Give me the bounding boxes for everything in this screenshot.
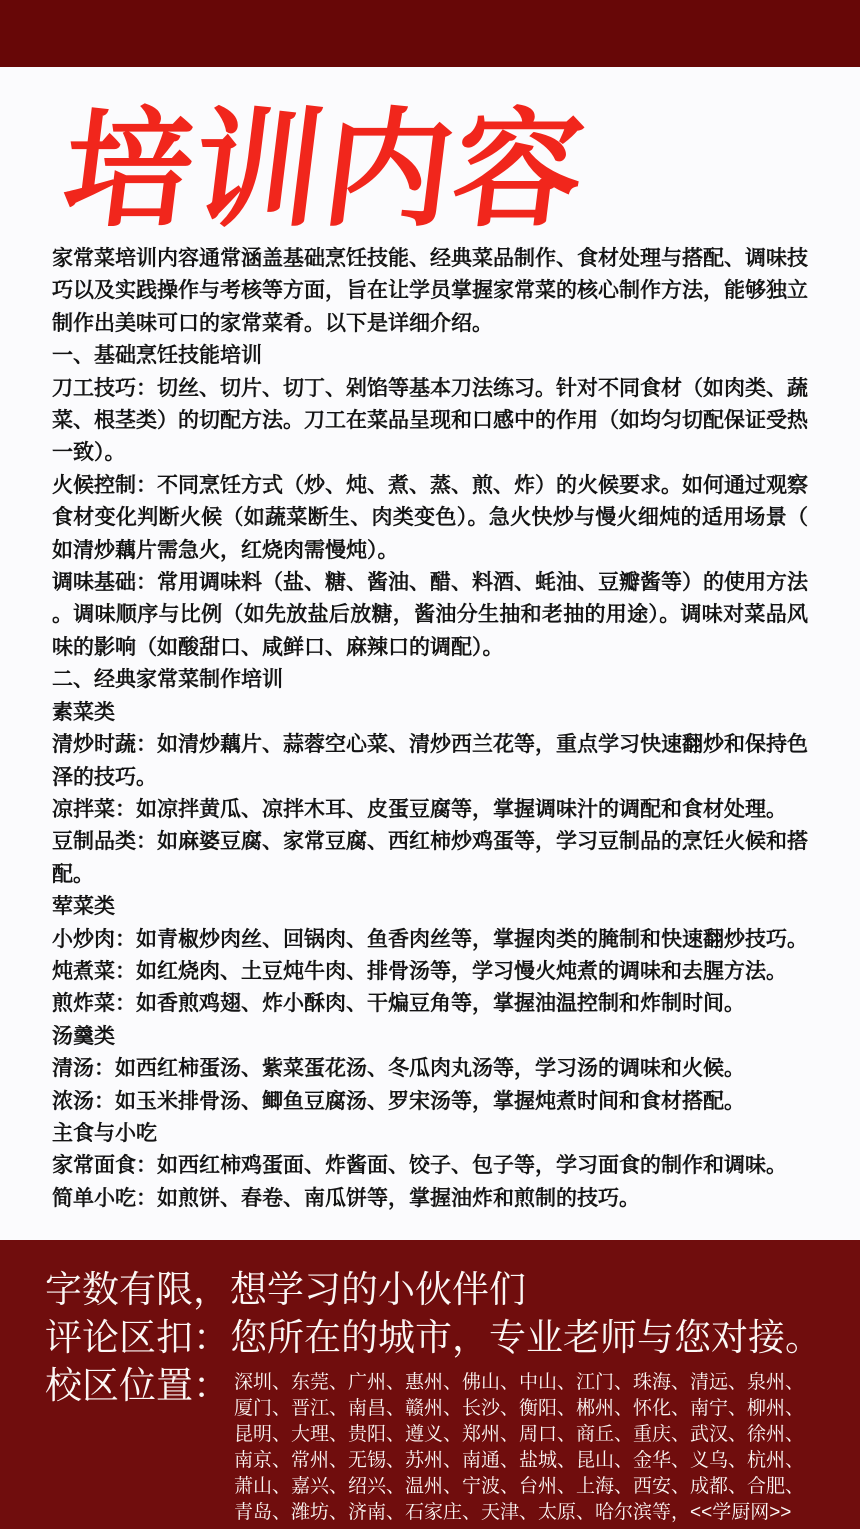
paragraph: 火候控制：不同烹饪方式（炒、炖、煮、蒸、煎、炸）的火候要求。如何通过观察食材变化… xyxy=(52,470,808,567)
city-line: 青岛、潍坊、济南、石家庄、天津、太原、哈尔滨等，<<学厨网>> xyxy=(234,1500,834,1526)
paragraph: 家常面食：如西红柿鸡蛋面、炸酱面、饺子、包子等，学习面食的制作和调味。 xyxy=(52,1150,808,1182)
paragraph: 豆制品类：如麻婆豆腐、家常豆腐、西红柿炒鸡蛋等，学习豆制品的烹饪火候和搭配。 xyxy=(52,826,808,891)
training-content-article: 家常菜培训内容通常涵盖基础烹饪技能、经典菜品制作、食材处理与搭配、调味技巧以及实… xyxy=(52,243,808,1215)
footer-note-line: 字数有限，想学习的小伙伴们 xyxy=(45,1266,860,1314)
paragraph: 凉拌菜：如凉拌黄瓜、凉拌木耳、皮蛋豆腐等，掌握调味汁的调配和食材处理。 xyxy=(52,794,808,826)
paragraph: 主食与小吃 xyxy=(52,1118,808,1150)
training-poster: 培训内容 家常菜培训内容通常涵盖基础烹饪技能、经典菜品制作、食材处理与搭配、调味… xyxy=(0,0,860,1529)
paragraph: 清汤：如西红柿蛋汤、紫菜蛋花汤、冬瓜肉丸汤等，学习汤的调味和火候。 xyxy=(52,1053,808,1085)
campus-row: 校区位置： 深圳、东莞、广州、惠州、佛山、中山、江门、珠海、清远、泉州、厦门、晋… xyxy=(45,1362,860,1526)
paragraph: 家常菜培训内容通常涵盖基础烹饪技能、经典菜品制作、食材处理与搭配、调味技巧以及实… xyxy=(52,243,808,340)
paragraph: 二、经典家常菜制作培训 xyxy=(52,664,808,696)
content-area: 培训内容 家常菜培训内容通常涵盖基础烹饪技能、经典菜品制作、食材处理与搭配、调味… xyxy=(0,67,860,1240)
campus-location-label: 校区位置： xyxy=(45,1362,230,1410)
city-line: 南京、常州、无锡、苏州、南通、盐城、昆山、金华、义乌、杭州、 xyxy=(234,1448,834,1474)
city-line: 深圳、东莞、广州、惠州、佛山、中山、江门、珠海、清远、泉州、 xyxy=(234,1370,834,1396)
paragraph: 荤菜类 xyxy=(52,891,808,923)
footer-comment-line: 评论区扣：您所在的城市，专业老师与您对接。 xyxy=(45,1314,860,1362)
footer: 字数有限，想学习的小伙伴们 评论区扣：您所在的城市，专业老师与您对接。 校区位置… xyxy=(0,1240,860,1529)
paragraph: 煎炸菜：如香煎鸡翅、炸小酥肉、干煸豆角等，掌握油温控制和炸制时间。 xyxy=(52,988,808,1020)
paragraph: 刀工技巧：切丝、切片、切丁、剁馅等基本刀法练习。针对不同食材（如肉类、蔬菜、根茎… xyxy=(52,373,808,470)
paragraph: 简单小吃：如煎饼、春卷、南瓜饼等，掌握油炸和煎制的技巧。 xyxy=(52,1183,808,1215)
paragraph: 浓汤：如玉米排骨汤、鲫鱼豆腐汤、罗宋汤等，掌握炖煮时间和食材搭配。 xyxy=(52,1086,808,1118)
paragraph: 汤羹类 xyxy=(52,1021,808,1053)
paragraph: 小炒肉：如青椒炒肉丝、回锅肉、鱼香肉丝等，掌握肉类的腌制和快速翻炒技巧。 xyxy=(52,924,808,956)
title-wrap: 培训内容 xyxy=(0,67,860,243)
paragraph: 炖煮菜：如红烧肉、土豆炖牛肉、排骨汤等，学习慢火炖煮的调味和去腥方法。 xyxy=(52,956,808,988)
paragraph: 调味基础：常用调味料（盐、糖、酱油、醋、料酒、蚝油、豆瓣酱等）的使用方法。调味顺… xyxy=(52,567,808,664)
top-band xyxy=(0,0,860,67)
paragraph: 一、基础烹饪技能培训 xyxy=(52,340,808,372)
city-line: 厦门、晋江、南昌、赣州、长沙、衡阳、郴州、怀化、南宁、柳州、 xyxy=(234,1396,834,1422)
campus-city-list: 深圳、东莞、广州、惠州、佛山、中山、江门、珠海、清远、泉州、厦门、晋江、南昌、赣… xyxy=(234,1362,834,1526)
city-line: 萧山、嘉兴、绍兴、温州、宁波、台州、上海、西安、成都、合肥、 xyxy=(234,1474,834,1500)
paragraph: 清炒时蔬：如清炒藕片、蒜蓉空心菜、清炒西兰花等，重点学习快速翻炒和保持色泽的技巧… xyxy=(52,729,808,794)
city-line: 昆明、大理、贵阳、遵义、郑州、周口、商丘、重庆、武汉、徐州、 xyxy=(234,1422,834,1448)
paragraph: 素菜类 xyxy=(52,697,808,729)
page-title: 培训内容 xyxy=(56,103,593,239)
